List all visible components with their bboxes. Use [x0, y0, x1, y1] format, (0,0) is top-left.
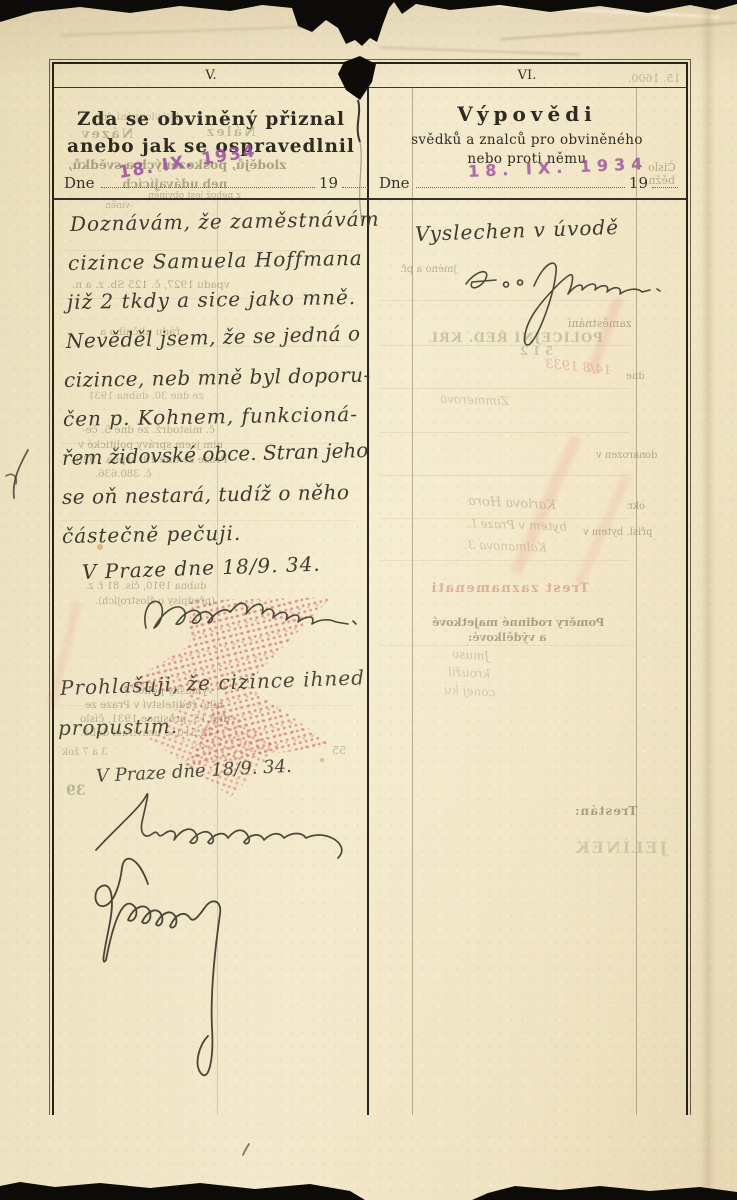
margin-tick-mark	[2, 446, 32, 502]
signature-illegible-flourish	[84, 848, 284, 1100]
document-page: by/ vloupání dneNázevNálezzlodějů, poško…	[0, 0, 737, 1200]
column-number-left: V.	[54, 64, 368, 87]
handwriting-line: částečně pečuji.	[62, 521, 242, 548]
handwriting-line: cizince Samuela Hoffmana	[68, 246, 363, 275]
handwriting-line: propustím.	[58, 714, 179, 740]
right-column-title: Výpovědi	[373, 102, 681, 126]
sub-rule-right-2	[636, 88, 637, 1115]
year-prefix-right: 19	[629, 174, 648, 192]
paper-fold	[700, 0, 716, 1200]
left-heading-line1: Zda se obviněný přiznal	[54, 106, 368, 133]
signature-ludvik-zimmer-1	[140, 584, 360, 646]
handwriting-line: již 2 tkdy a sice jako mně.	[67, 285, 357, 314]
date-label-left: Dne	[64, 174, 95, 192]
paper-crease	[500, 22, 737, 41]
ink-mark	[240, 1142, 252, 1158]
date-row-left: Dne 19	[64, 168, 368, 192]
paper-crease	[380, 47, 580, 56]
paper-crease	[60, 26, 310, 37]
paper-crease	[420, 0, 720, 19]
paper-tear	[334, 54, 388, 229]
handwriting-line: se oň nestará, tudíž o něho	[62, 480, 350, 509]
right-subheading-line1: svědků a znalců pro obviněného	[373, 131, 681, 150]
dotted-leader	[652, 176, 678, 188]
sub-rule-right-1	[412, 88, 413, 1115]
signature-jellinek	[452, 246, 672, 366]
rust-spot	[320, 758, 324, 762]
column-number-right: VI.	[368, 64, 686, 87]
